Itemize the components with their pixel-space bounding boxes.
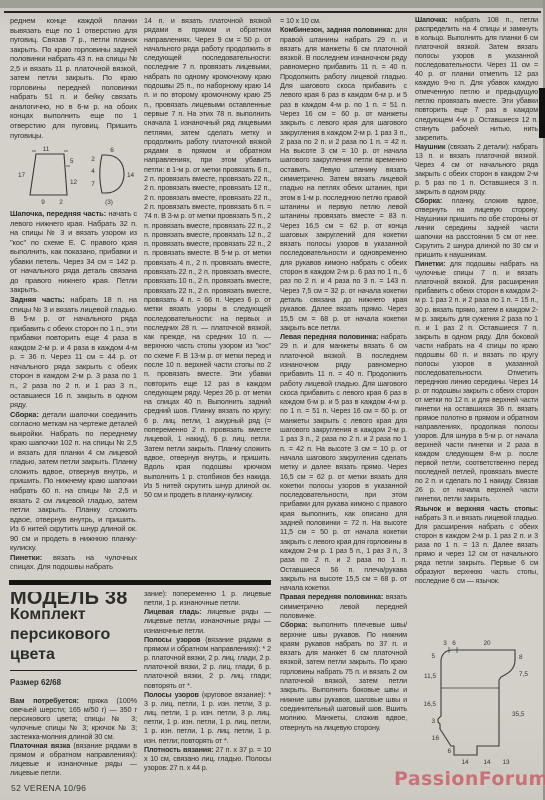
paragraph: Шапочка, передняя часть: начать с левого… (10, 209, 137, 295)
section-lead: Пинетки: (415, 260, 450, 268)
paragraph: Наушник (связать 2 детали): набрать 13 п… (415, 143, 538, 197)
paragraph: Сборка: выполнить плечевые швы/верхние ш… (280, 620, 407, 732)
paragraph: Пинетки: для подошвы набрать на чулочные… (415, 260, 538, 504)
heading-rule (10, 670, 137, 671)
measurement-label: 6 (447, 748, 451, 755)
measurement-label: 6 (452, 640, 456, 647)
paragraph: Плотность вязания: 27 п. х 37 р. = 10 x … (144, 745, 271, 772)
magazine-issue: VERENA 10/96 (24, 783, 86, 793)
measurement-label: 2 (59, 199, 63, 206)
measurement-label: 3 (443, 640, 447, 647)
paragraph: Шапочка: набрать 108 п., петли распредел… (415, 16, 538, 143)
section-lead: Сборка: (415, 197, 452, 205)
section-lead: Пинетки: (10, 553, 53, 562)
measurement-label: 20 (483, 640, 491, 647)
paragraph: Комбинезон, задняя половинка: для правой… (280, 25, 407, 332)
measurement-label: 14 (127, 172, 135, 179)
paragraph: Полосы узоров (вязание рядами в прямом и… (144, 635, 271, 690)
section-lead: Шапочка, передняя часть: (10, 209, 108, 218)
section-lead: Платочная вязка (10, 741, 73, 750)
column-2-text: 14 п. и вязать платочной вязкой рядами в… (144, 16, 271, 580)
paragraph: Сборка: детали шапочки соединить согласн… (10, 410, 137, 553)
measurement-label: 8 (519, 654, 523, 661)
measurement-label: 14 (461, 759, 469, 766)
watermark-text: PassionForum.ru (394, 768, 545, 790)
measurement-label: 14 (483, 759, 491, 766)
text-flow: реднем конце каждой планки вывязать еще … (10, 16, 137, 140)
hat-pattern-schematic: 11 17 5 12 9 2 6 14 2 4 7 (3) (10, 144, 136, 206)
column-2-lower-text: зание): попеременно 1 р. лицевые петли, … (144, 589, 271, 794)
measurement-label: 11 (43, 146, 50, 153)
paragraph: Левая передняя половинка: набрать 29 п. … (280, 332, 407, 592)
paragraph: Лицевая гладь: лицевые ряды — лицевые пе… (144, 607, 271, 634)
paragraph: Правая передняя половинка: вязать симмет… (280, 592, 407, 620)
paragraph: 14 п. и вязать платочной вязкой рядами в… (144, 16, 271, 499)
text-flow: Шапочка, передняя часть: начать с левого… (10, 209, 137, 572)
page-top-rule (4, 11, 541, 13)
paragraph: Язычок и верхняя часть стопы: набрать 3 … (415, 505, 538, 586)
measurement-label: 17 (18, 172, 26, 179)
scan-artifact (539, 88, 545, 138)
paragraph: Вам потребуется: пряжа (100% овечьей шер… (10, 696, 137, 741)
measurement-label: 4 (91, 168, 95, 175)
paragraph: Сборка: планку, сложив вдвое, отвернуть … (415, 197, 538, 260)
paragraph: Пинетки: вязать на чулочных спицах. Для … (10, 553, 137, 572)
measurement-label: 16 (432, 735, 440, 742)
measurement-label: 7,5 (519, 671, 528, 678)
romper-pattern-schematic: 3 6 20 8 7,5 35,5 5 11,5 16,5 3 16 6 14 … (409, 634, 541, 766)
section-lead: Лицевая гладь: (144, 607, 207, 616)
page-number: 52 (11, 783, 21, 793)
measurement-label: 12 (70, 179, 78, 186)
magazine-page: реднем конце каждой планки вывязать еще … (0, 0, 545, 800)
measurement-label: 6 (110, 147, 114, 154)
measurement-label: 11,5 (424, 673, 436, 680)
measurement-label: 7 (91, 181, 95, 188)
model-38-block: МОДЕЛЬ 38 Комплект персикового цвета Раз… (10, 592, 137, 776)
section-lead: Полосы узоров (144, 635, 205, 644)
measurement-label: 3 (431, 718, 435, 725)
section-lead: Плотность вязания: (144, 745, 216, 754)
section-lead: Правая передняя половинка: (280, 592, 386, 601)
section-lead: Наушник (415, 143, 448, 151)
measurement-label: 9 (41, 199, 45, 206)
measurement-label: 5 (70, 158, 74, 165)
model-number-heading: МОДЕЛЬ 38 (10, 594, 137, 603)
measurement-label: 2 (91, 156, 95, 163)
section-lead: Сборка: (10, 410, 42, 419)
paragraph: Платочная вязка (вязание рядами в прямом… (10, 741, 137, 776)
section-lead: Язычок и верхняя часть стопы: (415, 505, 538, 513)
section-lead: Задняя часть: (10, 295, 70, 304)
paragraph: = 10 x 10 см. (280, 16, 407, 25)
paragraph: Задняя часть: набрать 18 п. на спицы № 3… (10, 295, 137, 410)
section-lead: Комбинезон, задняя половинка: (280, 25, 395, 34)
section-lead: Шапочка: (415, 16, 454, 24)
measurement-label: 35,5 (512, 711, 525, 718)
column-3-text: = 10 x 10 см.Комбинезон, задняя половинк… (280, 16, 407, 792)
paragraph: реднем конце каждой планки вывязать еще … (10, 16, 137, 140)
column-4-text: Шапочка: набрать 108 п., петли распредел… (415, 16, 538, 632)
paragraph: зание): попеременно 1 р. лицевые петли, … (144, 589, 271, 607)
section-lead: Вам потребуется: (10, 696, 88, 705)
measurement-label: 13 (502, 759, 510, 766)
scan-edge-band (0, 0, 545, 8)
paragraph: Полосы узоров (круговое вязание): * 3 р.… (144, 690, 271, 745)
page-footer: 52 VERENA 10/96 (11, 783, 86, 793)
measurement-label: 5 (431, 653, 435, 660)
section-lead: Полосы узоров (144, 690, 202, 699)
measurement-label: 16,5 (424, 701, 437, 708)
size-label: Размер 62/68 (10, 678, 137, 687)
column-1-text: реднем конце каждой планки вывязать еще … (10, 16, 137, 580)
model-title: Комплект персикового цвета (10, 605, 137, 665)
section-lead: Левая передняя половинка: (280, 332, 381, 341)
section-lead: Сборка: (280, 620, 313, 629)
text-flow: Вам потребуется: пряжа (100% овечьей шер… (10, 696, 137, 776)
article-divider-rule (9, 580, 271, 585)
measurement-label: (3) (105, 199, 113, 206)
